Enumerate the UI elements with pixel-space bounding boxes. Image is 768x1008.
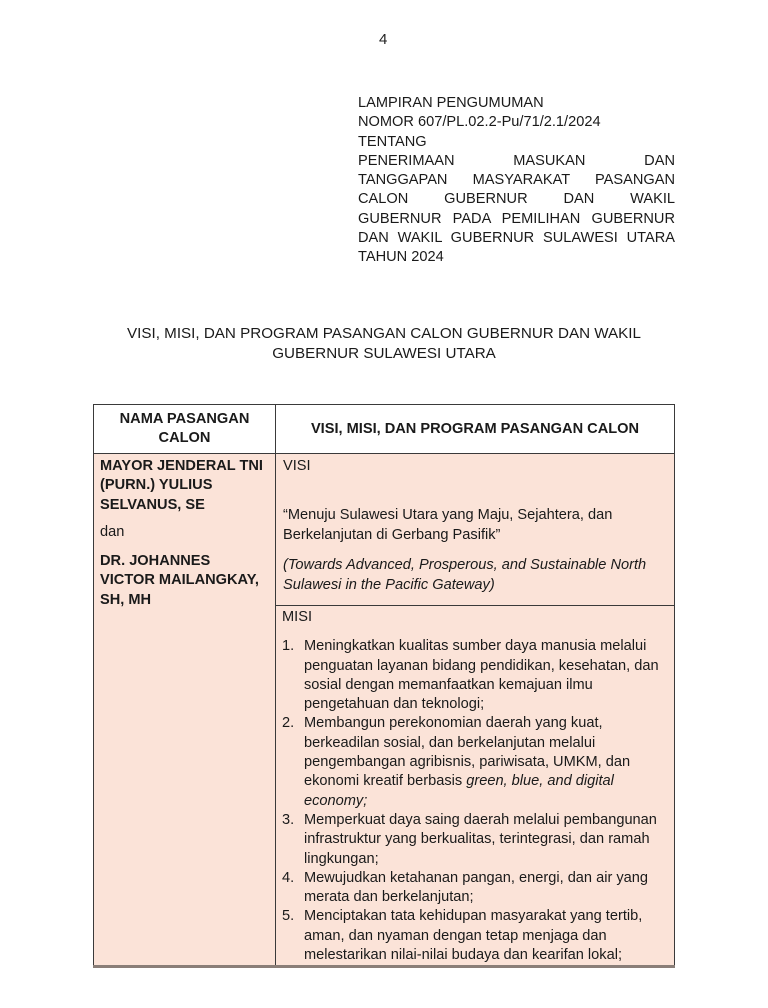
header-program: VISI, MISI, DAN PROGRAM PASANGAN CALON xyxy=(276,405,675,454)
vision-mission-table: NAMA PASANGAN CALON VISI, MISI, DAN PROG… xyxy=(93,404,675,968)
misi-label: MISI xyxy=(282,608,667,627)
attachment-line: GUBERNUR PADA PEMILIHAN GUBERNUR xyxy=(358,210,675,229)
attachment-line: NOMOR 607/PL.02.2-Pu/71/2.1/2024 xyxy=(358,113,675,132)
visi-translation: (Towards Advanced, Prosperous, and Susta… xyxy=(283,555,667,595)
attachment-line: PENERIMAAN MASUKAN DAN xyxy=(358,152,675,171)
attachment-line: LAMPIRAN PENGUMUMAN xyxy=(358,94,675,113)
list-item: 4. Mewujudkan ketahanan pangan, energi, … xyxy=(282,869,667,908)
conjunction: dan xyxy=(100,523,269,542)
visi-label: VISI xyxy=(283,456,667,476)
attachment-line: CALON GUBERNUR DAN WAKIL xyxy=(358,190,675,209)
misi-cell: MISI 1. Meningkatkan kualitas sumber day… xyxy=(276,606,675,967)
page-number: 4 xyxy=(379,31,387,48)
document-title: VISI, MISI, DAN PROGRAM PASANGAN CALON G… xyxy=(90,324,678,364)
candidate-cell: MAYOR JENDERAL TNI (PURN.) YULIUS SELVAN… xyxy=(94,454,276,967)
title-line-1: VISI, MISI, DAN PROGRAM PASANGAN CALON G… xyxy=(90,324,678,344)
header-candidate-name: NAMA PASANGAN CALON xyxy=(94,405,276,454)
list-item: 2. Membangun perekonomian daerah yang ku… xyxy=(282,714,667,810)
list-item: 5. Menciptakan tata kehidupan masyarakat… xyxy=(282,907,667,965)
attachment-line: TENTANG xyxy=(358,133,675,152)
vice-governor-candidate: DR. JOHANNES VICTOR MAILANGKAY, SH, MH xyxy=(100,552,269,610)
attachment-line: TAHUN 2024 xyxy=(358,248,675,267)
visi-cell: VISI “Menuju Sulawesi Utara yang Maju, S… xyxy=(276,454,675,606)
attachment-header: LAMPIRAN PENGUMUMAN NOMOR 607/PL.02.2-Pu… xyxy=(358,94,675,268)
list-item: 1. Meningkatkan kualitas sumber daya man… xyxy=(282,637,667,714)
governor-candidate: MAYOR JENDERAL TNI (PURN.) YULIUS SELVAN… xyxy=(100,457,269,515)
list-item: 3. Memperkuat daya saing daerah melalui … xyxy=(282,811,667,869)
attachment-line: TANGGAPAN MASYARAKAT PASANGAN xyxy=(358,171,675,190)
table-row: MAYOR JENDERAL TNI (PURN.) YULIUS SELVAN… xyxy=(94,454,675,606)
title-line-2: GUBERNUR SULAWESI UTARA xyxy=(90,344,678,364)
misi-list: 1. Meningkatkan kualitas sumber daya man… xyxy=(282,637,667,965)
visi-quote: “Menuju Sulawesi Utara yang Maju, Sejaht… xyxy=(283,505,667,545)
table-header-row: NAMA PASANGAN CALON VISI, MISI, DAN PROG… xyxy=(94,405,675,454)
attachment-line: DAN WAKIL GUBERNUR SULAWESI UTARA xyxy=(358,229,675,248)
